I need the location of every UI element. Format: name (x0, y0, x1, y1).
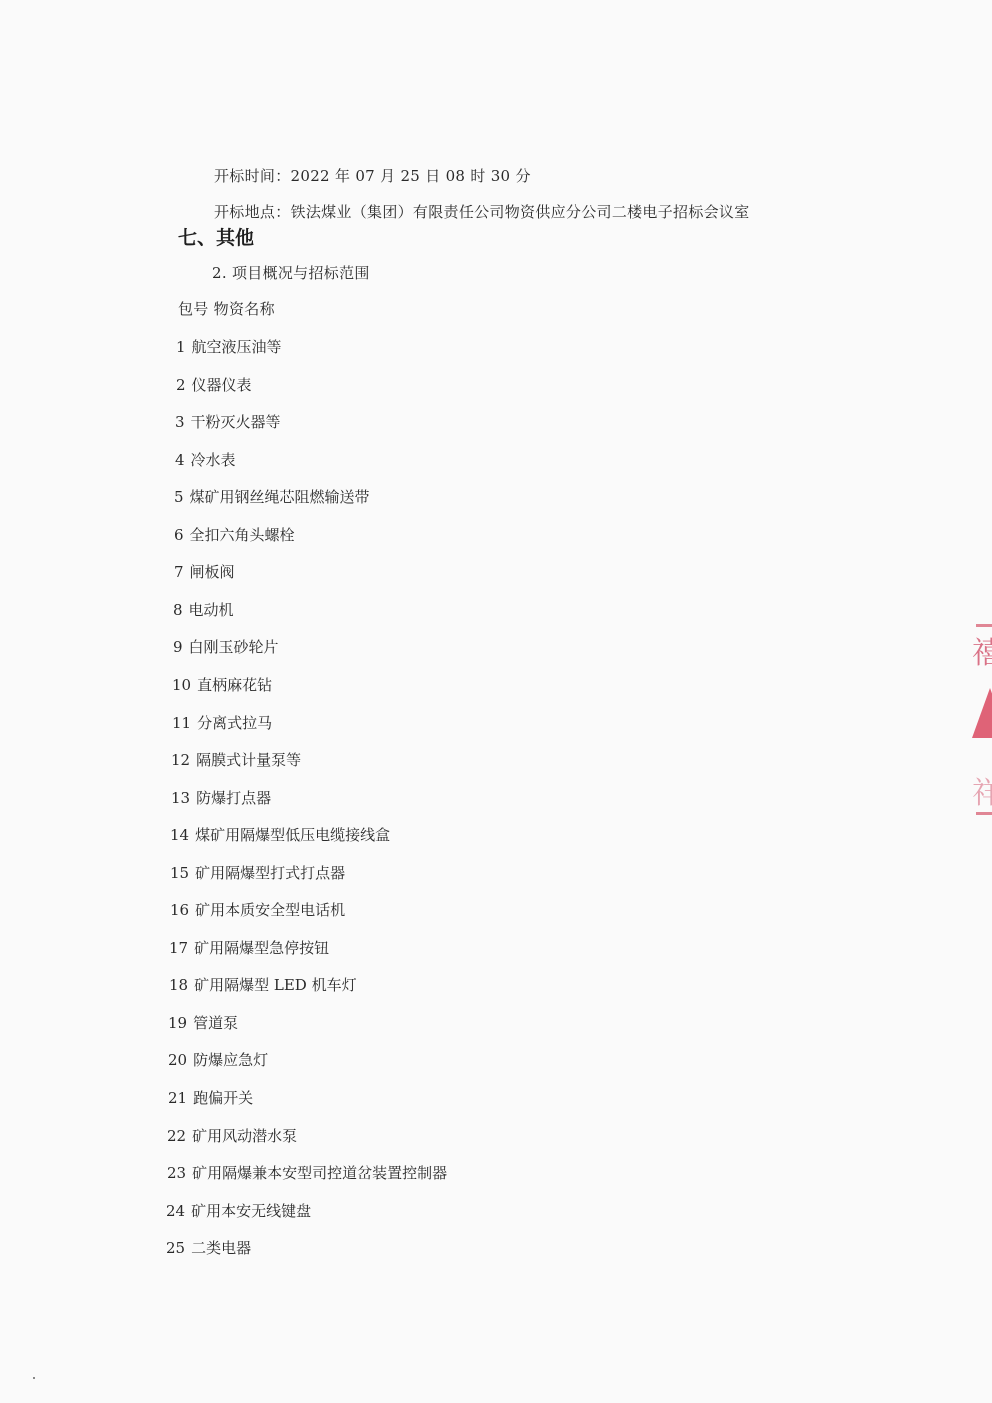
item-name: 闸板阀 (190, 563, 235, 581)
opening-time-value: 2022 年 07 月 25 日 08 时 30 分 (291, 167, 531, 185)
item-name: 全扣六角头螺栓 (190, 526, 295, 544)
list-item: 21跑偏开关 (168, 1088, 253, 1108)
stamp-border-bottom (976, 812, 992, 815)
item-name: 冷水表 (191, 451, 236, 469)
opening-time-label: 开标时间： (214, 167, 291, 185)
list-item: 8电动机 (173, 600, 234, 620)
list-item: 6全扣六角头螺栓 (174, 525, 295, 545)
item-name: 矿用隔爆型 LED 机车灯 (194, 976, 356, 994)
item-number: 14 (170, 825, 189, 845)
item-number: 8 (173, 600, 183, 620)
item-name: 矿用隔爆兼本安型司控道岔装置控制器 (192, 1164, 447, 1182)
item-name: 矿用本质安全型电话机 (195, 901, 345, 919)
item-number: 12 (171, 750, 190, 770)
list-item: 17矿用隔爆型急停按钮 (169, 938, 329, 958)
list-item: 18矿用隔爆型 LED 机车灯 (169, 975, 357, 995)
opening-time: 开标时间：2022 年 07 月 25 日 08 时 30 分 (214, 166, 531, 186)
item-number: 20 (168, 1050, 187, 1070)
item-number: 11 (172, 713, 191, 733)
item-name: 防爆打点器 (196, 789, 271, 807)
item-name: 矿用隔爆型打式打点器 (195, 864, 345, 882)
red-seal-stamp: 禧 祥 (966, 618, 992, 818)
item-name: 干粉灭火器等 (191, 413, 281, 431)
star-icon (972, 688, 992, 738)
item-number: 7 (174, 562, 184, 582)
item-name: 分离式拉马 (197, 714, 272, 732)
item-number: 3 (175, 412, 185, 432)
item-name: 白刚玉砂轮片 (189, 638, 279, 656)
item-number: 4 (175, 450, 185, 470)
item-number: 6 (174, 525, 184, 545)
list-item: 24矿用本安无线键盘 (166, 1201, 311, 1221)
item-number: 25 (166, 1238, 185, 1258)
item-name: 隔膜式计量泵等 (196, 751, 301, 769)
list-item: 10直柄麻花钻 (172, 675, 272, 695)
list-item: 15矿用隔爆型打式打点器 (170, 863, 345, 883)
list-item: 14煤矿用隔爆型低压电缆接线盒 (170, 825, 390, 845)
item-name: 矿用风动潜水泵 (192, 1127, 297, 1145)
item-number: 5 (174, 487, 184, 507)
item-number: 17 (169, 938, 188, 958)
item-name: 防爆应急灯 (193, 1051, 268, 1069)
item-number: 24 (166, 1201, 185, 1221)
item-name: 煤矿用钢丝绳芯阻燃输送带 (190, 488, 370, 506)
opening-place-label: 开标地点： (214, 203, 291, 221)
list-item: 19管道泵 (168, 1013, 238, 1033)
stamp-char-bottom: 祥 (972, 768, 992, 812)
item-number: 22 (167, 1126, 186, 1146)
list-item: 3干粉灭火器等 (175, 412, 281, 432)
list-item: 5煤矿用钢丝绳芯阻燃输送带 (174, 487, 370, 507)
list-item: 16矿用本质安全型电话机 (170, 900, 345, 920)
table-header: 包号 物资名称 (178, 299, 275, 319)
list-item: 11分离式拉马 (172, 713, 272, 733)
item-number: 16 (170, 900, 189, 920)
item-name: 直柄麻花钻 (197, 676, 272, 694)
list-item: 23矿用隔爆兼本安型司控道岔装置控制器 (167, 1163, 447, 1183)
item-number: 2 (176, 375, 186, 395)
stamp-char-top: 禧 (972, 628, 992, 672)
item-number: 10 (172, 675, 191, 695)
item-name: 跑偏开关 (193, 1089, 253, 1107)
item-name: 电动机 (189, 601, 234, 619)
opening-place: 开标地点：铁法煤业（集团）有限责任公司物资供应分公司二楼电子招标会议室 (214, 202, 750, 222)
list-item: 12隔膜式计量泵等 (171, 750, 301, 770)
item-name: 煤矿用隔爆型低压电缆接线盒 (195, 826, 390, 844)
item-name: 仪器仪表 (192, 376, 252, 394)
list-item: 25二类电器 (166, 1238, 251, 1258)
scan-speck (33, 1377, 35, 1379)
list-item: 2仪器仪表 (176, 375, 252, 395)
item-name: 二类电器 (191, 1239, 251, 1257)
stamp-border-top (976, 624, 992, 627)
opening-place-value: 铁法煤业（集团）有限责任公司物资供应分公司二楼电子招标会议室 (291, 203, 750, 221)
item-number: 13 (171, 788, 190, 808)
list-item: 7闸板阀 (174, 562, 235, 582)
list-item: 22矿用风动潜水泵 (167, 1126, 297, 1146)
item-number: 23 (167, 1163, 186, 1183)
item-number: 19 (168, 1013, 187, 1033)
item-number: 15 (170, 863, 189, 883)
item-name: 矿用隔爆型急停按钮 (194, 939, 329, 957)
list-item: 13防爆打点器 (171, 788, 271, 808)
list-item: 4冷水表 (175, 450, 236, 470)
list-item: 20防爆应急灯 (168, 1050, 268, 1070)
item-number: 21 (168, 1088, 187, 1108)
item-number: 1 (176, 337, 186, 357)
item-number: 18 (169, 975, 188, 995)
section-subheading: 2. 项目概况与招标范围 (212, 263, 370, 283)
section-heading: 七、其他 (178, 226, 254, 250)
list-item: 1航空液压油等 (176, 337, 282, 357)
item-name: 航空液压油等 (192, 338, 282, 356)
item-number: 9 (173, 637, 183, 657)
item-name: 管道泵 (193, 1014, 238, 1032)
item-name: 矿用本安无线键盘 (191, 1202, 311, 1220)
list-item: 9白刚玉砂轮片 (173, 637, 279, 657)
